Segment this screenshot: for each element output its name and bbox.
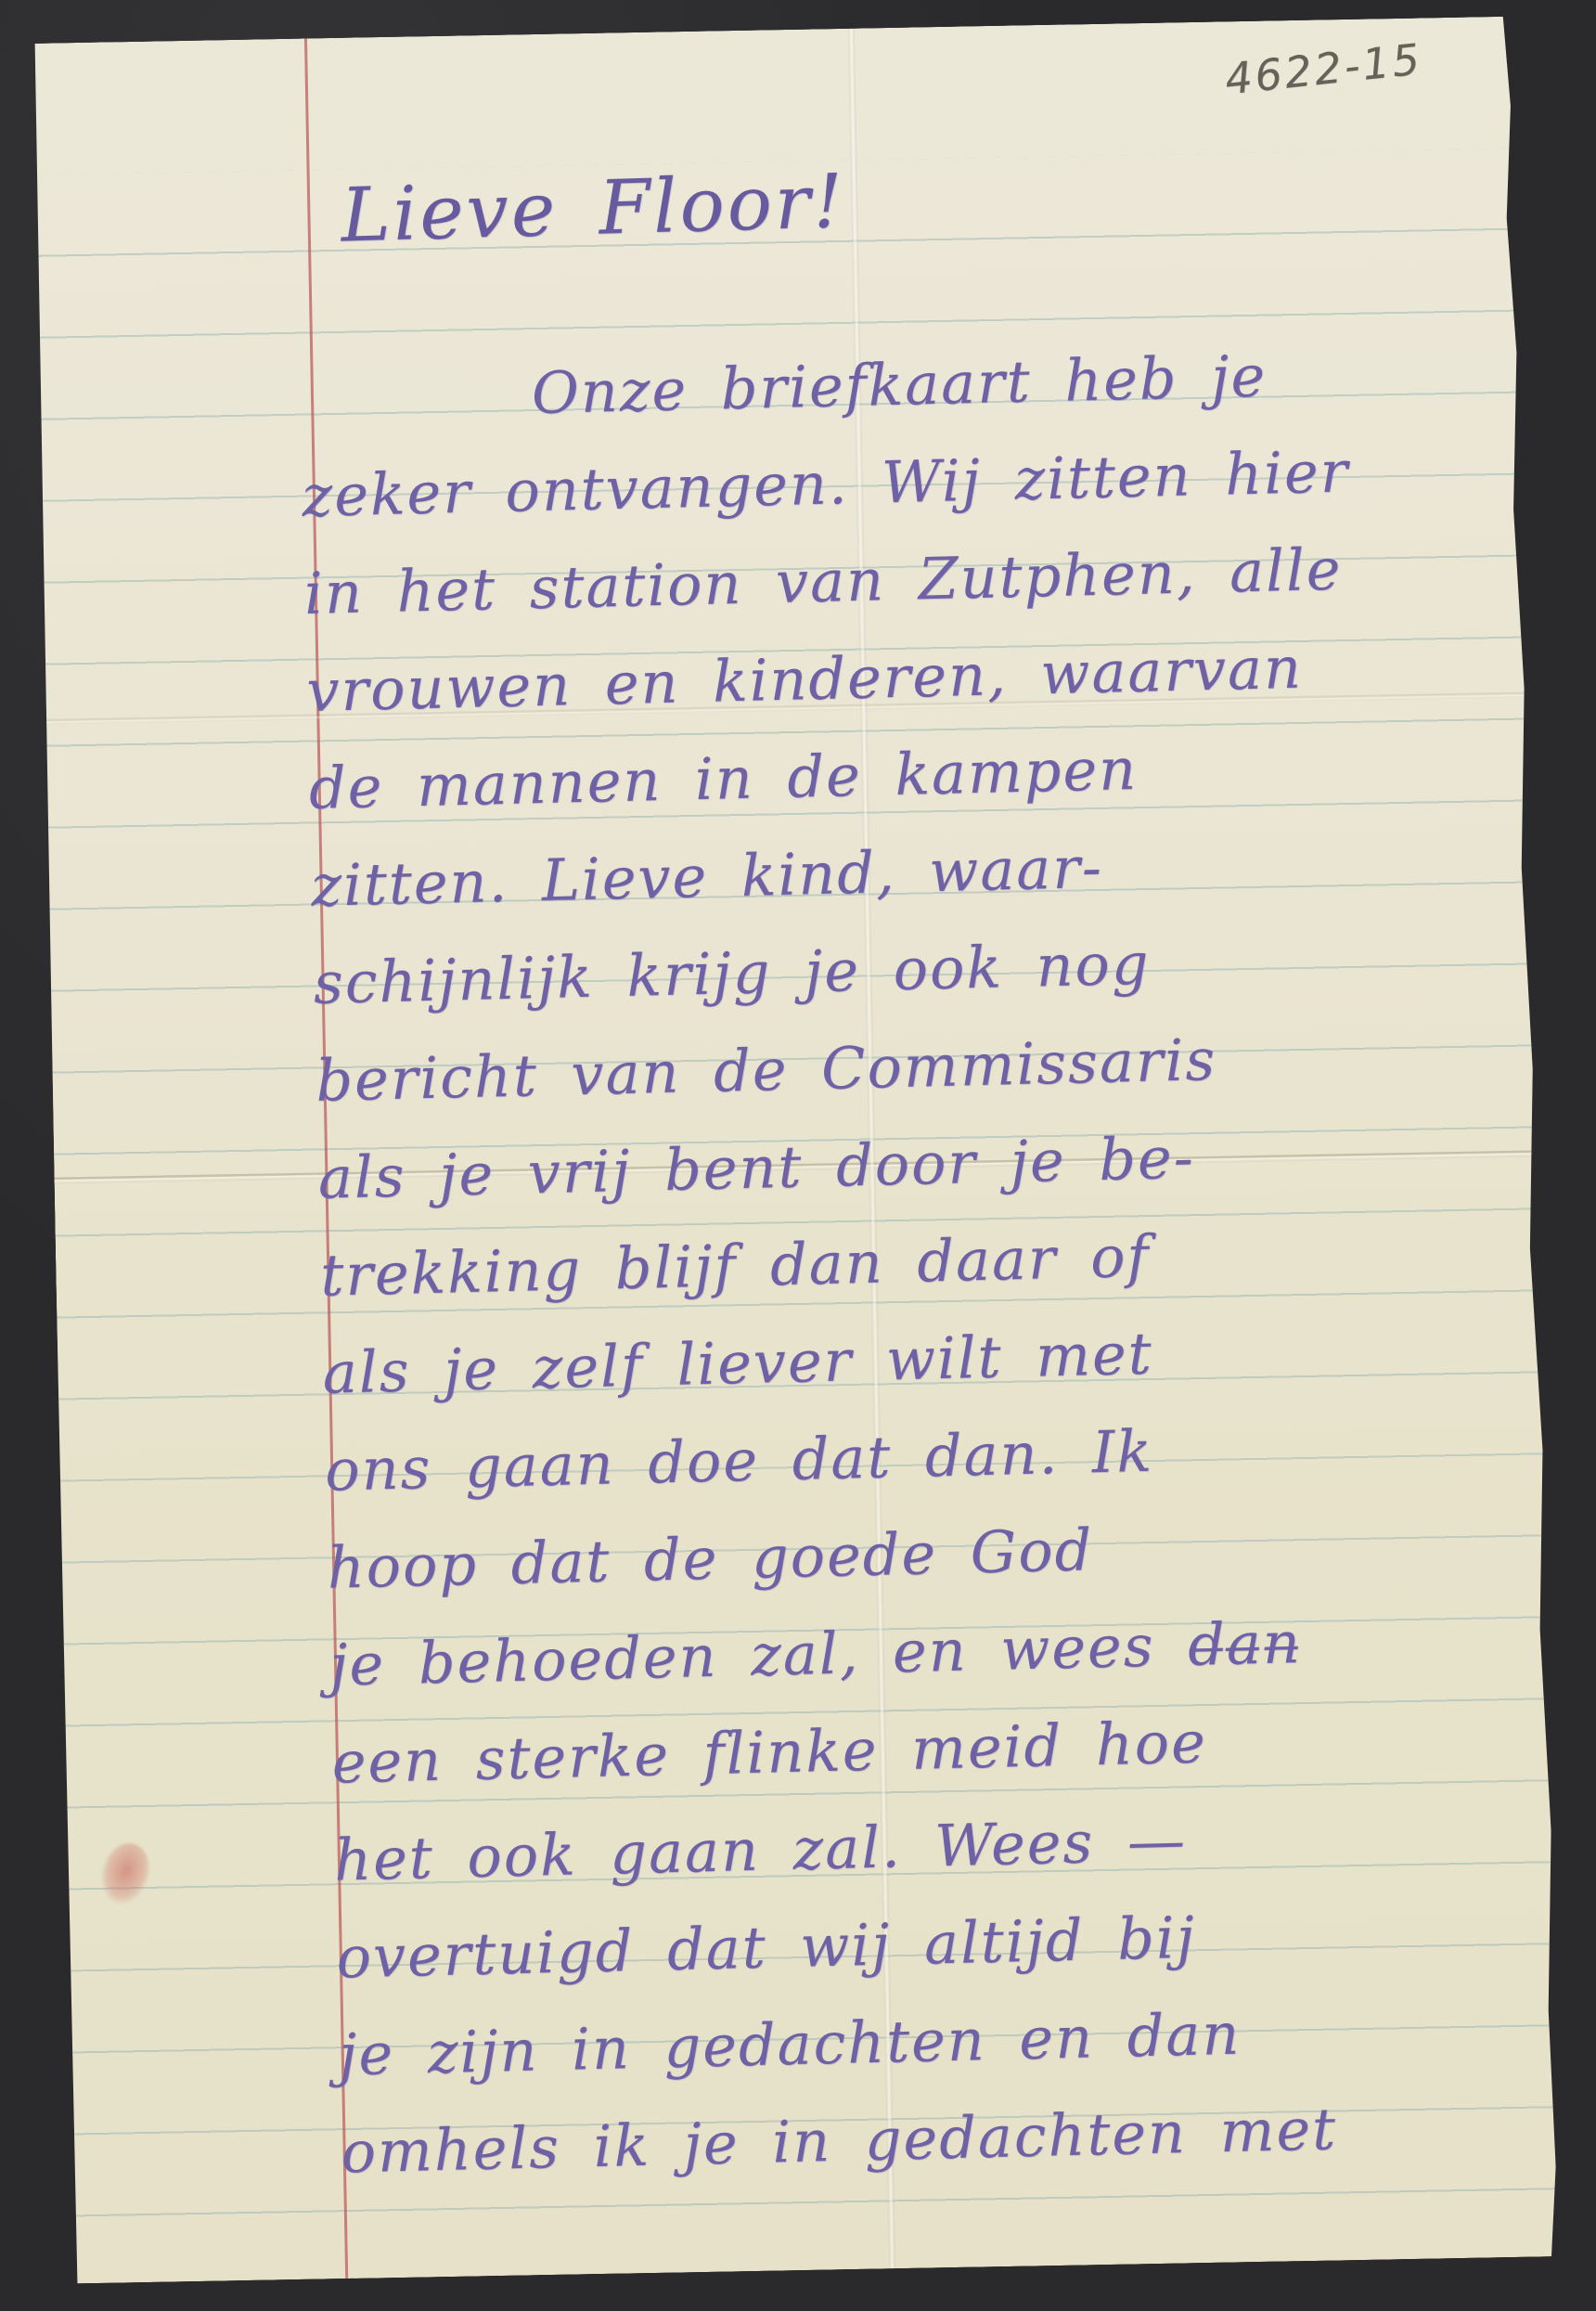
salutation: Lieve Floor!	[340, 158, 846, 259]
photo-background: 4622-15 Lieve Floor! Onze briefkaart heb…	[0, 0, 1596, 2311]
letter-paper: 4622-15 Lieve Floor! Onze briefkaart heb…	[33, 17, 1559, 2284]
letter-body: Onze briefkaart heb jezeker ontvangen. W…	[299, 337, 1535, 2216]
archive-number: 4622-15	[1222, 33, 1424, 104]
